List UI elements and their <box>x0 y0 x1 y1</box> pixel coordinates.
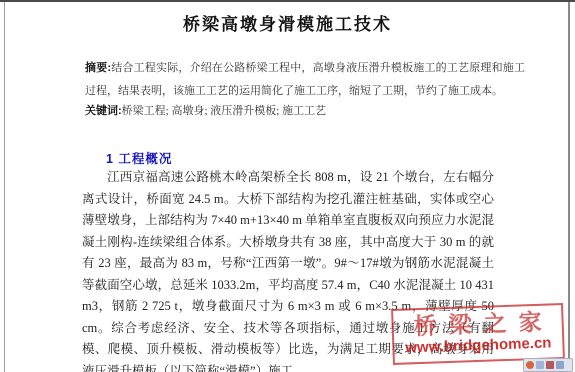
abstract-paragraph: 摘要:结合工程实际，介绍在公路桥梁工程中，高墩身液压滑升模板施工的工艺原理和施工… <box>85 57 525 103</box>
page-right-border <box>568 2 570 372</box>
keywords-line: 关键词:桥梁工程; 高墩身; 液压滑升模板; 施工工艺 <box>85 102 525 120</box>
ime-settings-icon[interactable] <box>556 361 564 369</box>
page-top-border <box>0 0 575 2</box>
section-1-paragraph: 江西京福高速公路桃木岭高架桥全长 808 m，设 21 个墩台，左右幅分离式设计… <box>82 167 494 372</box>
keywords-label: 关键词: <box>85 105 122 117</box>
abstract-label: 摘要: <box>85 62 111 74</box>
ime-toolbar[interactable] <box>523 358 573 372</box>
ime-keyboard-icon[interactable] <box>536 361 544 369</box>
ime-handwrite-icon[interactable] <box>546 361 554 369</box>
page-left-border <box>4 2 5 372</box>
section-1-heading: 1 工程概况 <box>106 149 172 167</box>
ime-mode-icon[interactable] <box>526 361 534 369</box>
keywords-text: 桥梁工程; 高墩身; 液压滑升模板; 施工工艺 <box>122 105 326 117</box>
paper-title: 桥梁高墩身滑模施工技术 <box>0 10 575 35</box>
abstract-text: 结合工程实际，介绍在公路桥梁工程中，高墩身液压滑升模板施工的工艺原理和施工过程，… <box>85 62 525 97</box>
